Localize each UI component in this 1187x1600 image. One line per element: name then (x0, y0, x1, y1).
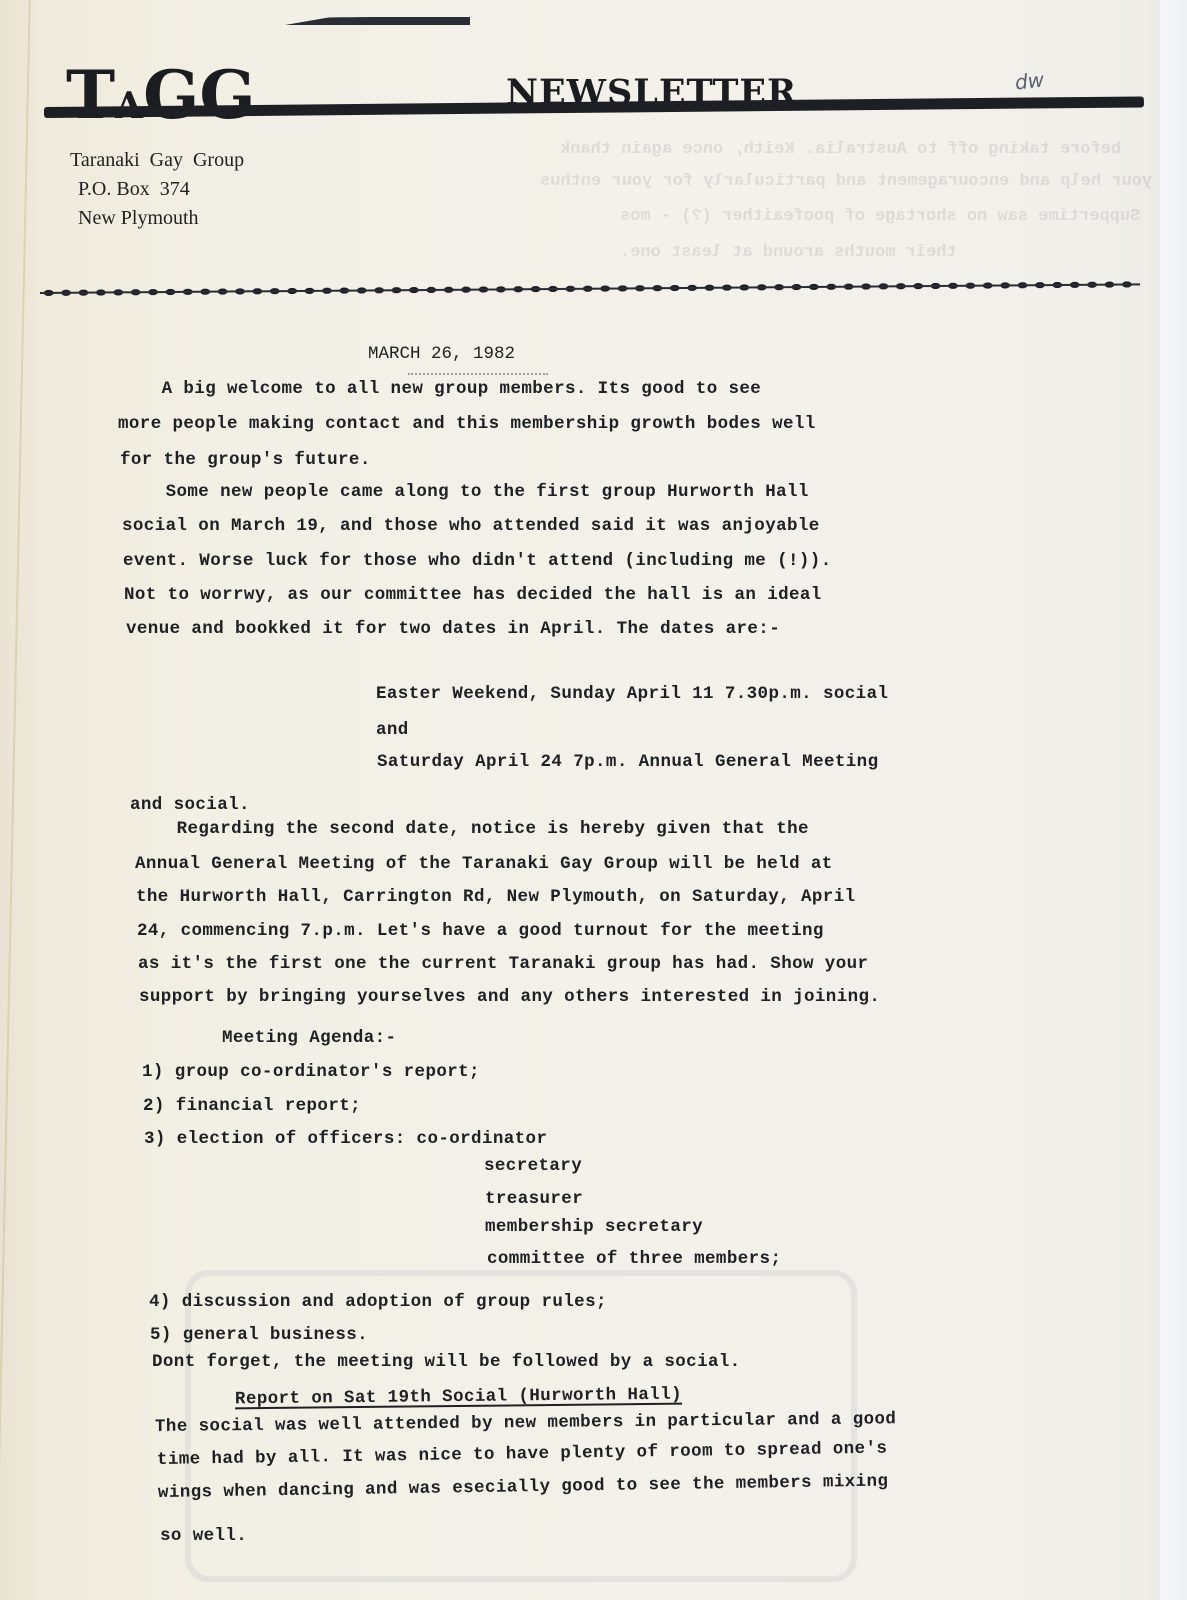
event-date-line: and (376, 722, 409, 740)
paragraph-line: venue and bookked it for two dates in Ap… (126, 621, 780, 639)
event-date-line: Saturday April 24 7p.m. Annual General M… (377, 754, 878, 772)
address-org: Taranaki Gay Group (70, 146, 244, 175)
issue-date: MARCH 26, 1982 (368, 346, 515, 364)
paragraph-line: more people making contact and this memb… (118, 416, 816, 434)
bleed-through-text: Suppertime saw no shortage of poofeaithe… (620, 207, 1140, 226)
bleed-through-text: before taking off to Australia. Keith, o… (560, 140, 1121, 159)
paragraph-line: for the group's future. (120, 452, 371, 470)
officer-role: treasurer (485, 1191, 583, 1209)
handwritten-initials: dw (1014, 68, 1045, 95)
event-date-line: Easter Weekend, Sunday April 11 7.30p.m.… (376, 686, 888, 704)
officer-role: membership secretary (485, 1219, 703, 1237)
agenda-item: 5) general business. (150, 1327, 368, 1345)
address-po-box: P.O. Box 374 (70, 175, 244, 204)
agenda-reminder: Dont forget, the meeting will be followe… (152, 1354, 741, 1372)
page-edge (1160, 0, 1187, 1600)
report-line: so well. (160, 1528, 247, 1546)
paragraph-line: Some new people came along to the first … (122, 484, 809, 502)
paragraph-line: social on March 19, and those who attend… (122, 518, 820, 536)
paragraph-line: A big welcome to all new group members. … (118, 381, 761, 399)
bleed-through-text: your help and encouragement and particul… (540, 172, 1152, 191)
logo-letter: GG (143, 56, 256, 134)
address-block: Taranaki Gay Group P.O. Box 374 New Plym… (70, 146, 244, 233)
bleed-through-text: their mouths around at least one. (620, 243, 957, 262)
tagg-logo: TAGG (66, 62, 256, 128)
diamond-divider (40, 277, 1140, 300)
paragraph-line: the Hurworth Hall, Carrington Rd, New Pl… (136, 889, 856, 907)
scanned-page: before taking off to Australia. Keith, o… (0, 0, 1160, 1600)
paragraph-line: and social. (130, 797, 250, 815)
page-fold-line (0, 0, 31, 1600)
top-clip-mark (285, 17, 470, 25)
paragraph-line: 24, commencing 7.p.m. Let's have a good … (137, 923, 824, 941)
agenda-heading: Meeting Agenda:- (222, 1030, 396, 1048)
paragraph-line: support by bringing yourselves and any o… (139, 989, 880, 1007)
agenda-item: 4) discussion and adoption of group rule… (149, 1294, 607, 1312)
agenda-item: 2) financial report; (143, 1098, 361, 1116)
paragraph-line: as it's the first one the current Tarana… (138, 956, 868, 974)
logo-letter: T (66, 56, 115, 134)
paragraph-line: event. Worse luck for those who didn't a… (123, 553, 832, 571)
paragraph-line: Regarding the second date, notice is her… (133, 821, 809, 839)
paragraph-line: Annual General Meeting of the Taranaki G… (135, 856, 833, 874)
officer-role: committee of three members; (487, 1251, 781, 1269)
agenda-item: 1) group co-ordinator's report; (142, 1064, 480, 1082)
agenda-item: 3) election of officers: co-ordinator (144, 1131, 547, 1149)
faint-underline (408, 373, 548, 375)
address-city: New Plymouth (70, 204, 244, 233)
officer-role: secretary (484, 1158, 582, 1176)
paragraph-line: Not to worrwy, as our committee has deci… (124, 587, 822, 605)
